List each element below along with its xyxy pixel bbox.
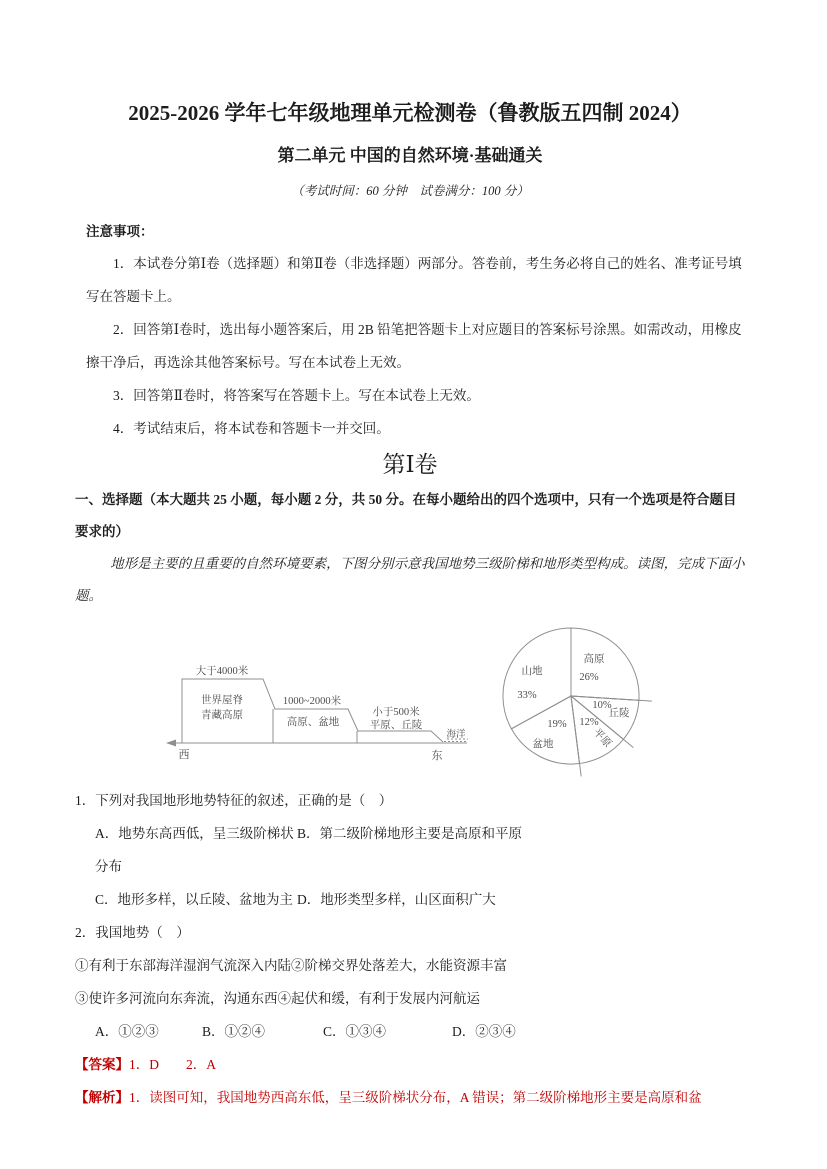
q1-option-a: A．地势东高西低，呈三级阶梯状分布 xyxy=(95,817,297,883)
pie-value: 10% xyxy=(592,700,612,711)
notice-item-2: 2．回答第Ⅰ卷时，选出每小题答案后，用 2B 铅笔把答题卡上对应题目的答案标号涂… xyxy=(86,313,745,379)
question-1: 1．下列对我国地形地势特征的叙述，正确的是（ ） xyxy=(75,784,745,817)
pie-chart: 高原26%丘陵10%平原12%盆地19%山地33% xyxy=(486,616,656,778)
analysis-tag: 【解析】 xyxy=(75,1090,129,1105)
terrain-step1-height: 大于4000米 xyxy=(195,664,248,677)
pie-value: 26% xyxy=(579,672,599,683)
analysis-text: 1．读图可知，我国地势西高东低，呈三级阶梯状分布，A 错误；第二级阶梯地形主要是… xyxy=(129,1090,702,1105)
pie-label: 丘陵 xyxy=(608,706,629,719)
q2-option-c: C．①③④ xyxy=(323,1015,452,1048)
exam-info: （考试时间：60 分钟 试卷满分：100 分） xyxy=(75,183,745,199)
page-title: 2025-2026 学年七年级地理单元检测卷（鲁教版五四制 2024） xyxy=(75,100,745,126)
terrain-west-label: 西 xyxy=(178,748,189,761)
pie-slice xyxy=(502,628,570,729)
question-2: 2．我国地势（ ） xyxy=(75,916,745,949)
part1-heading: 第Ⅰ卷 xyxy=(75,448,745,482)
q2-option-row: A．①②③ B．①②④ C．①③④ D．②③④ xyxy=(75,1015,745,1048)
pie-slice xyxy=(571,628,639,700)
answer-text: 1．D 2．A xyxy=(129,1057,216,1072)
q2-statement-1: ①有利于东部海洋湿润气流深入内陆②阶梯交界处落差大，水能资源丰富 xyxy=(75,949,745,982)
notice-item-3: 3．回答第Ⅱ卷时，将答案写在答题卡上。写在本试卷上无效。 xyxy=(86,379,745,412)
q2-option-b: B．①②④ xyxy=(202,1015,323,1048)
terrain-ocean-label: 海洋 xyxy=(446,728,466,740)
pie-label: 山地 xyxy=(521,664,542,677)
west-arrow-icon xyxy=(166,740,176,747)
terrain-east-label: 东 xyxy=(431,749,442,762)
question-intro: 地形是主要的且重要的自然环境要素，下图分别示意我国地势三级阶梯和地形类型构成。读… xyxy=(75,548,745,612)
answer-tag: 【答案】 xyxy=(75,1057,129,1072)
figure: 大于4000米 世界屋脊 青藏高原 1000~2000米 高原、盆地 小于500… xyxy=(75,616,745,778)
terrain-step3-label: 平原、丘陵 xyxy=(369,718,422,731)
q1-option-b: B．第二级阶梯地形主要是高原和平原 xyxy=(297,817,522,883)
q2-option-a: A．①②③ xyxy=(95,1015,202,1048)
notice-item-1: 1．本试卷分第Ⅰ卷（选择题）和第Ⅱ卷（非选择题）两部分。答卷前，考生务必将自己的… xyxy=(86,247,745,313)
pie-label: 高原 xyxy=(583,652,604,665)
pie-value: 33% xyxy=(517,690,537,701)
q1-option-d: D．地形类型多样，山区面积广大 xyxy=(297,883,496,916)
answer-line: 【答案】1．D 2．A xyxy=(75,1048,745,1081)
notice-heading: 注意事项： xyxy=(86,217,745,247)
terrain-step3-height: 小于500米 xyxy=(372,705,420,718)
notice-section: 注意事项： 1．本试卷分第Ⅰ卷（选择题）和第Ⅱ卷（非选择题）两部分。答卷前，考生… xyxy=(75,217,745,445)
q2-statement-2: ③使许多河流向东奔流，沟通东西④起伏和缓，有利于发展内河航运 xyxy=(75,982,745,1015)
pie-slice xyxy=(511,696,579,764)
terrain-step1-label-2: 青藏高原 xyxy=(201,708,243,721)
exam-page: 2025-2026 学年七年级地理单元检测卷（鲁教版五四制 2024） 第二单元… xyxy=(0,0,827,1169)
terrain-step2-height: 1000~2000米 xyxy=(282,694,341,707)
q1-option-row-1: A．地势东高西低，呈三级阶梯状分布 B．第二级阶梯地形主要是高原和平原 xyxy=(75,817,745,883)
notice-item-4: 4．考试结束后，将本试卷和答题卡一并交回。 xyxy=(86,412,745,445)
terrain-diagram: 大于4000米 世界屋脊 青藏高原 1000~2000米 高原、盆地 小于500… xyxy=(165,640,470,778)
pie-label: 平原 xyxy=(590,726,613,750)
page-subtitle: 第二单元 中国的自然环境·基础通关 xyxy=(75,145,745,167)
pie-label: 盆地 xyxy=(532,737,553,750)
pie-value: 12% xyxy=(579,717,599,728)
analysis-line: 【解析】1．读图可知，我国地势西高东低，呈三级阶梯状分布，A 错误；第二级阶梯地… xyxy=(75,1081,745,1114)
section-title: 一、选择题（本大题共 25 小题，每小题 2 分，共 50 分。在每小题给出的四… xyxy=(75,484,745,548)
q2-option-d: D．②③④ xyxy=(452,1015,516,1048)
pie-value: 19% xyxy=(547,719,567,730)
terrain-step1-label-1: 世界屋脊 xyxy=(201,693,243,706)
terrain-step2-label: 高原、盆地 xyxy=(286,715,339,728)
q1-option-row-2: C．地形多样，以丘陵、盆地为主 D．地形类型多样，山区面积广大 xyxy=(75,883,745,916)
q1-option-c: C．地形多样，以丘陵、盆地为主 xyxy=(95,883,297,916)
